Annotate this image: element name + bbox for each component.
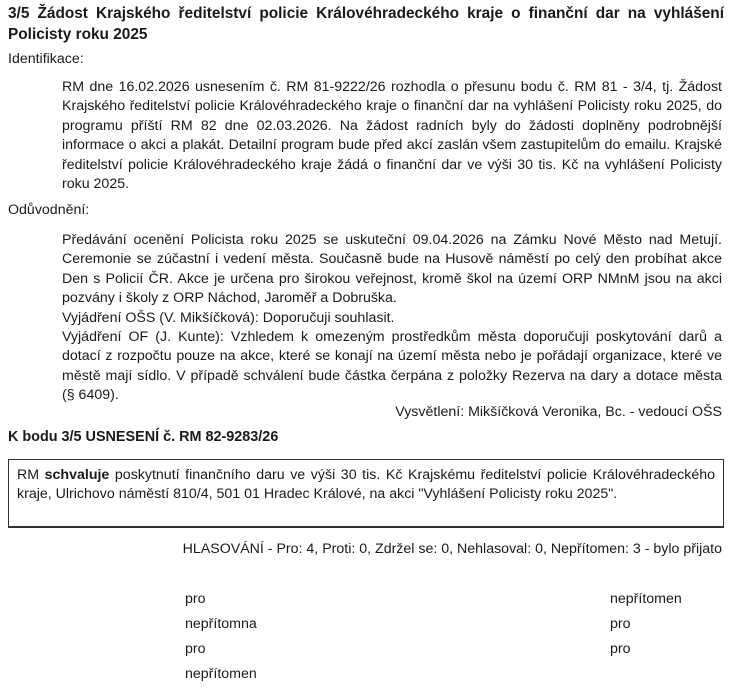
identification-text: RM dne 16.02.2026 usnesením č. RM 81-922… xyxy=(62,78,722,194)
justification-label: Odůvodnění: xyxy=(8,201,89,220)
identification-paragraph: RM dne 16.02.2026 usnesením č. RM 81-922… xyxy=(62,78,722,194)
resolution-box: RM schvaluje poskytnutí finančního daru … xyxy=(8,459,724,528)
identification-label: Identifikace: xyxy=(8,50,84,69)
member-vote: pro xyxy=(610,615,631,634)
member-vote: nepřítomen xyxy=(610,590,682,609)
explained-by: Vysvětlení: Mikšíčková Veronika, Bc. - v… xyxy=(395,403,722,422)
voting-summary: HLASOVÁNÍ - Pro: 4, Proti: 0, Zdržel se:… xyxy=(183,540,722,559)
agenda-item-title: 3/5 Žádost Krajského ředitelství policie… xyxy=(8,3,724,45)
justification-text: Předávání ocenění Policista roku 2025 se… xyxy=(62,231,722,406)
member-vote: nepřítomna xyxy=(185,615,257,634)
of-statement: Vyjádření OF (J. Kunte): Vzhledem k omez… xyxy=(62,328,722,406)
oss-statement: Vyjádření OŠS (V. Mikšíčková): Doporučuj… xyxy=(62,309,722,328)
justification-paragraph: Předávání ocenění Policista roku 2025 se… xyxy=(62,231,722,309)
resolution-verb: schvaluje xyxy=(45,467,110,483)
member-vote: pro xyxy=(610,640,631,659)
resolution-prefix: RM xyxy=(17,467,45,483)
resolution-text: RM schvaluje poskytnutí finančního daru … xyxy=(17,466,715,504)
member-vote: nepřítomen xyxy=(185,665,257,684)
member-vote: pro xyxy=(185,640,206,659)
member-vote: pro xyxy=(185,590,206,609)
resolution-heading: K bodu 3/5 USNESENÍ č. RM 82-9283/26 xyxy=(8,428,278,447)
resolution-body: poskytnutí finančního daru ve výši 30 ti… xyxy=(17,467,715,502)
